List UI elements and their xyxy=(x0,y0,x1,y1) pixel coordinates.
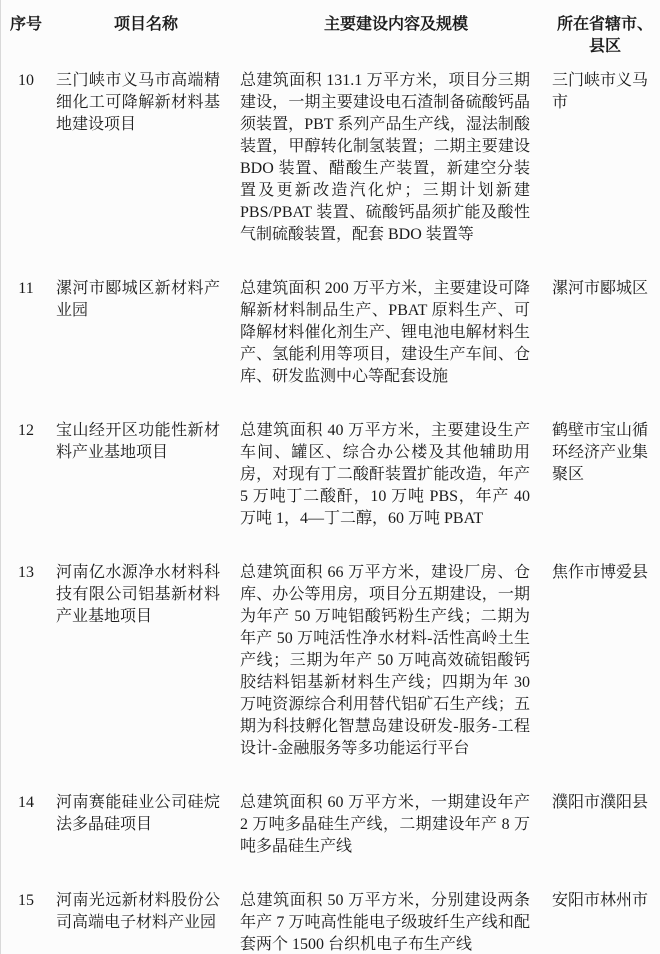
project-name-cell: 漯河市郾城区新材料产业园 xyxy=(52,278,240,388)
location-cell: 漯河市郾城区 xyxy=(552,278,660,388)
construction-content-cell: 总建筑面积 60 万平方米，一期建设年产 2 万吨多晶硅生产线，二期建设年产 8… xyxy=(240,792,552,858)
table-row: 10 三门峡市义马市高端精细化工可降解新材料基地建设项目 总建筑面积 131.1… xyxy=(0,70,660,246)
row-number-cell: 15 xyxy=(0,890,52,954)
project-table-page: 序号 项目名称 主要建设内容及规模 所在省辖市、县区 10 三门峡市义马市高端精… xyxy=(0,0,660,954)
location-cell: 鹤壁市宝山循环经济产业集聚区 xyxy=(552,420,660,530)
table-row: 11 漯河市郾城区新材料产业园 总建筑面积 200 万平方米，主要建设可降解新材… xyxy=(0,278,660,388)
project-name-cell: 河南光远新材料股份公司高端电子材料产业园 xyxy=(52,890,240,954)
header-construction-content: 主要建设内容及规模 xyxy=(240,14,552,58)
row-number-cell: 13 xyxy=(0,562,52,760)
table-row: 15 河南光远新材料股份公司高端电子材料产业园 总建筑面积 50 万平方米，分别… xyxy=(0,890,660,954)
table-row: 13 河南亿水源净水材料科技有限公司铝基新材料产业基地项目 总建筑面积 66 万… xyxy=(0,562,660,760)
header-project-name: 项目名称 xyxy=(52,14,240,58)
table-row: 14 河南赛能硅业公司硅烷法多晶硅项目 总建筑面积 60 万平方米，一期建设年产… xyxy=(0,792,660,858)
project-name-cell: 宝山经开区功能性新材料产业基地项目 xyxy=(52,420,240,530)
location-cell: 濮阳市濮阳县 xyxy=(552,792,660,858)
row-number-cell: 14 xyxy=(0,792,52,858)
construction-content-cell: 总建筑面积 50 万平方米，分别建设两条年产 7 万吨高性能电子级玻纤生产线和配… xyxy=(240,890,552,954)
construction-content-cell: 总建筑面积 131.1 万平方米，项目分三期建设，一期主要建设电石渣制备硫酸钙晶… xyxy=(240,70,552,246)
project-name-cell: 河南赛能硅业公司硅烷法多晶硅项目 xyxy=(52,792,240,858)
project-name-cell: 河南亿水源净水材料科技有限公司铝基新材料产业基地项目 xyxy=(52,562,240,760)
location-cell: 焦作市博爱县 xyxy=(552,562,660,760)
row-number-cell: 11 xyxy=(0,278,52,388)
table-header: 序号 项目名称 主要建设内容及规模 所在省辖市、县区 xyxy=(0,14,660,58)
header-serial-number: 序号 xyxy=(0,14,52,58)
row-number-cell: 10 xyxy=(0,70,52,246)
page-left-edge xyxy=(0,0,1,954)
table-row: 12 宝山经开区功能性新材料产业基地项目 总建筑面积 40 万平方米，主要建设生… xyxy=(0,420,660,530)
location-cell: 安阳市林州市 xyxy=(552,890,660,954)
construction-content-cell: 总建筑面积 40 万平方米，主要建设生产车间、罐区、综合办公楼及其他辅助用房，对… xyxy=(240,420,552,530)
project-name-cell: 三门峡市义马市高端精细化工可降解新材料基地建设项目 xyxy=(52,70,240,246)
location-cell: 三门峡市义马市 xyxy=(552,70,660,246)
construction-content-cell: 总建筑面积 200 万平方米，主要建设可降解新材料制品生产、PBAT 原料生产、… xyxy=(240,278,552,388)
header-location: 所在省辖市、县区 xyxy=(552,14,660,58)
row-number-cell: 12 xyxy=(0,420,52,530)
construction-content-cell: 总建筑面积 66 万平方米，建设厂房、仓库、办公等用房，项目分五期建设，一期为年… xyxy=(240,562,552,760)
